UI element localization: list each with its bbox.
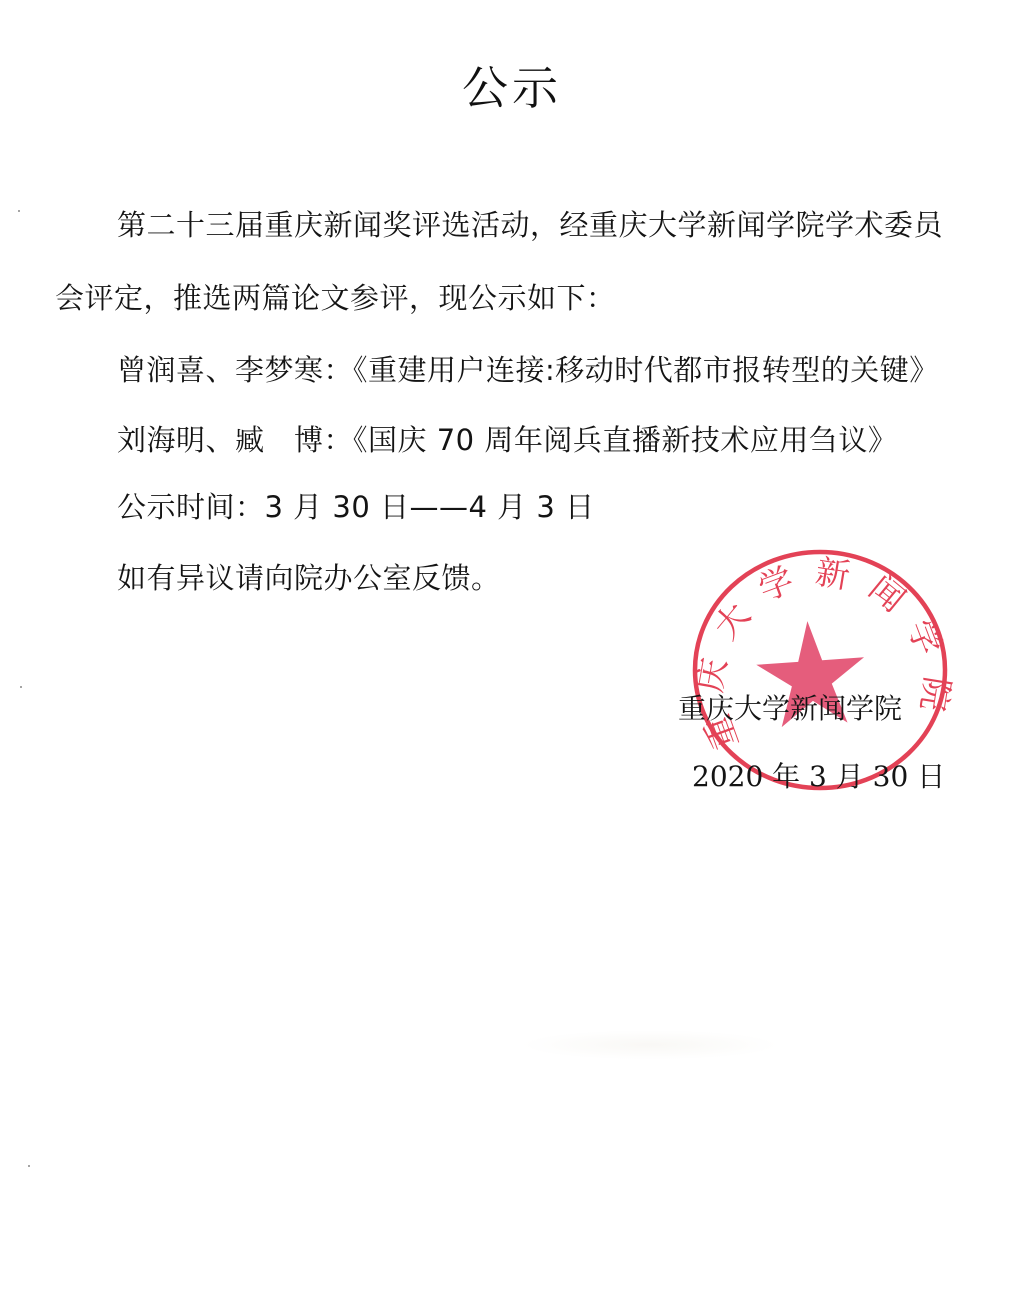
notice-period: 公示时间：3 月 30 日——4 月 3 日 <box>117 485 595 526</box>
scan-speck <box>20 686 22 688</box>
intro-paragraph-line-2: 会评定，推选两篇论文参评，现公示如下： <box>55 276 616 317</box>
entry-2-authors: 刘海明、臧 博： <box>117 423 353 457</box>
entry-1-paper-title: 《重建用户连接:移动时代都市报转型的关键》 <box>353 353 939 387</box>
page-title: 公示 <box>0 52 1024 118</box>
signature-organization: 重庆大学新闻学院 <box>678 687 902 727</box>
document-page: 公示 第二十三届重庆新闻奖评选活动，经重庆大学新闻学院学术委员 会评定，推选两篇… <box>0 0 1024 1301</box>
scan-speck <box>28 1165 30 1167</box>
entry-1: 曾润喜、李梦寒：《重建用户连接:移动时代都市报转型的关键》 <box>117 348 939 389</box>
entry-2-paper-title: 《国庆 70 周年阅兵直播新技术应用刍议》 <box>353 423 897 457</box>
entry-2: 刘海明、臧 博：《国庆 70 周年阅兵直播新技术应用刍议》 <box>117 418 897 459</box>
scan-speck <box>18 210 20 212</box>
scan-smudge <box>520 1030 780 1060</box>
signature-date: 2020 年 3 月 30 日 <box>692 755 945 795</box>
entry-1-authors: 曾润喜、李梦寒： <box>117 353 353 387</box>
intro-paragraph-line-1: 第二十三届重庆新闻奖评选活动，经重庆大学新闻学院学术委员 <box>117 203 943 244</box>
feedback-note: 如有异议请向院办公室反馈。 <box>117 556 501 597</box>
